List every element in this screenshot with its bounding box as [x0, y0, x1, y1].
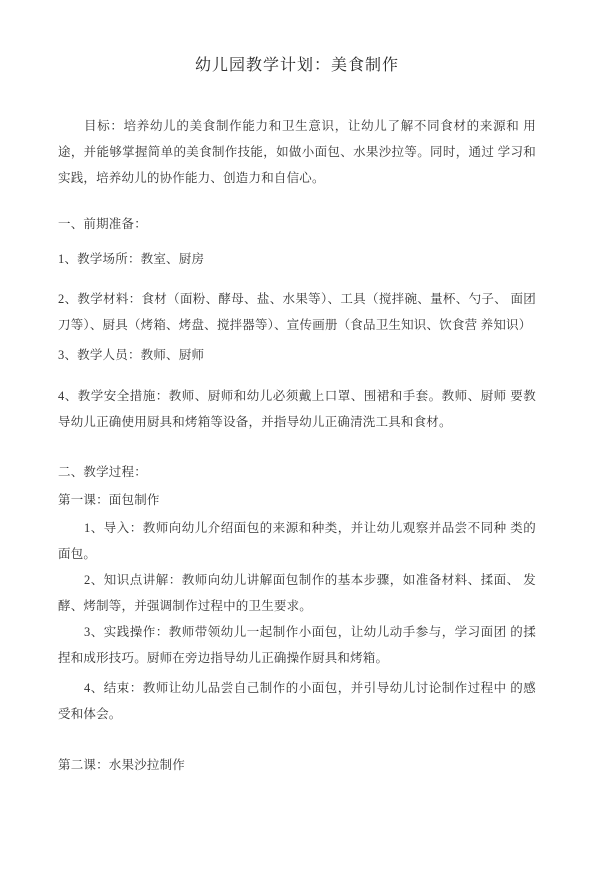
lesson-1-heading: 第一课：面包制作	[58, 487, 536, 513]
objective-paragraph: 目标：培养幼儿的美食制作能力和卫生意识，让幼儿了解不同食材的来源和 用途，并能够…	[58, 113, 536, 191]
item-safety-measures: 4、教学安全措施：教师、厨师和幼儿必须戴上口罩、围裙和手套。教师、厨师 要教导幼…	[58, 383, 536, 435]
section-1-heading: 一、前期准备：	[58, 211, 536, 237]
document-title: 幼儿园教学计划：美食制作	[58, 55, 536, 77]
lesson-1-step-3: 3、实践操作：教师带领幼儿一起制作小面包，让幼儿动手参与，学习面团 的揉捏和成形…	[58, 619, 536, 671]
section-2-heading: 二、教学过程：	[58, 459, 536, 485]
item-teaching-materials: 2、教学材料：食材（面粉、酵母、盐、水果等）、工具（搅拌碗、量杯、勺子、 面团刀…	[58, 286, 536, 338]
lesson-1-step-4: 4、结束：教师让幼儿品尝自己制作的小面包，并引导幼儿讨论制作过程中 的感受和体会…	[58, 675, 536, 727]
item-teaching-place: 1、教学场所：教室、厨房	[58, 246, 536, 272]
document-page: 幼儿园教学计划：美食制作 目标：培养幼儿的美食制作能力和卫生意识，让幼儿了解不同…	[0, 0, 600, 876]
lesson-2-heading: 第二课：水果沙拉制作	[58, 752, 536, 778]
lesson-1-step-1: 1、导入：教师向幼儿介绍面包的来源和种类，并让幼儿观察并品尝不同种 类的面包。	[58, 515, 536, 567]
lesson-1-step-2: 2、知识点讲解：教师向幼儿讲解面包制作的基本步骤，如准备材料、揉面、 发酵、烤制…	[58, 567, 536, 619]
item-teaching-staff: 3、教学人员：教师、厨师	[58, 342, 536, 368]
